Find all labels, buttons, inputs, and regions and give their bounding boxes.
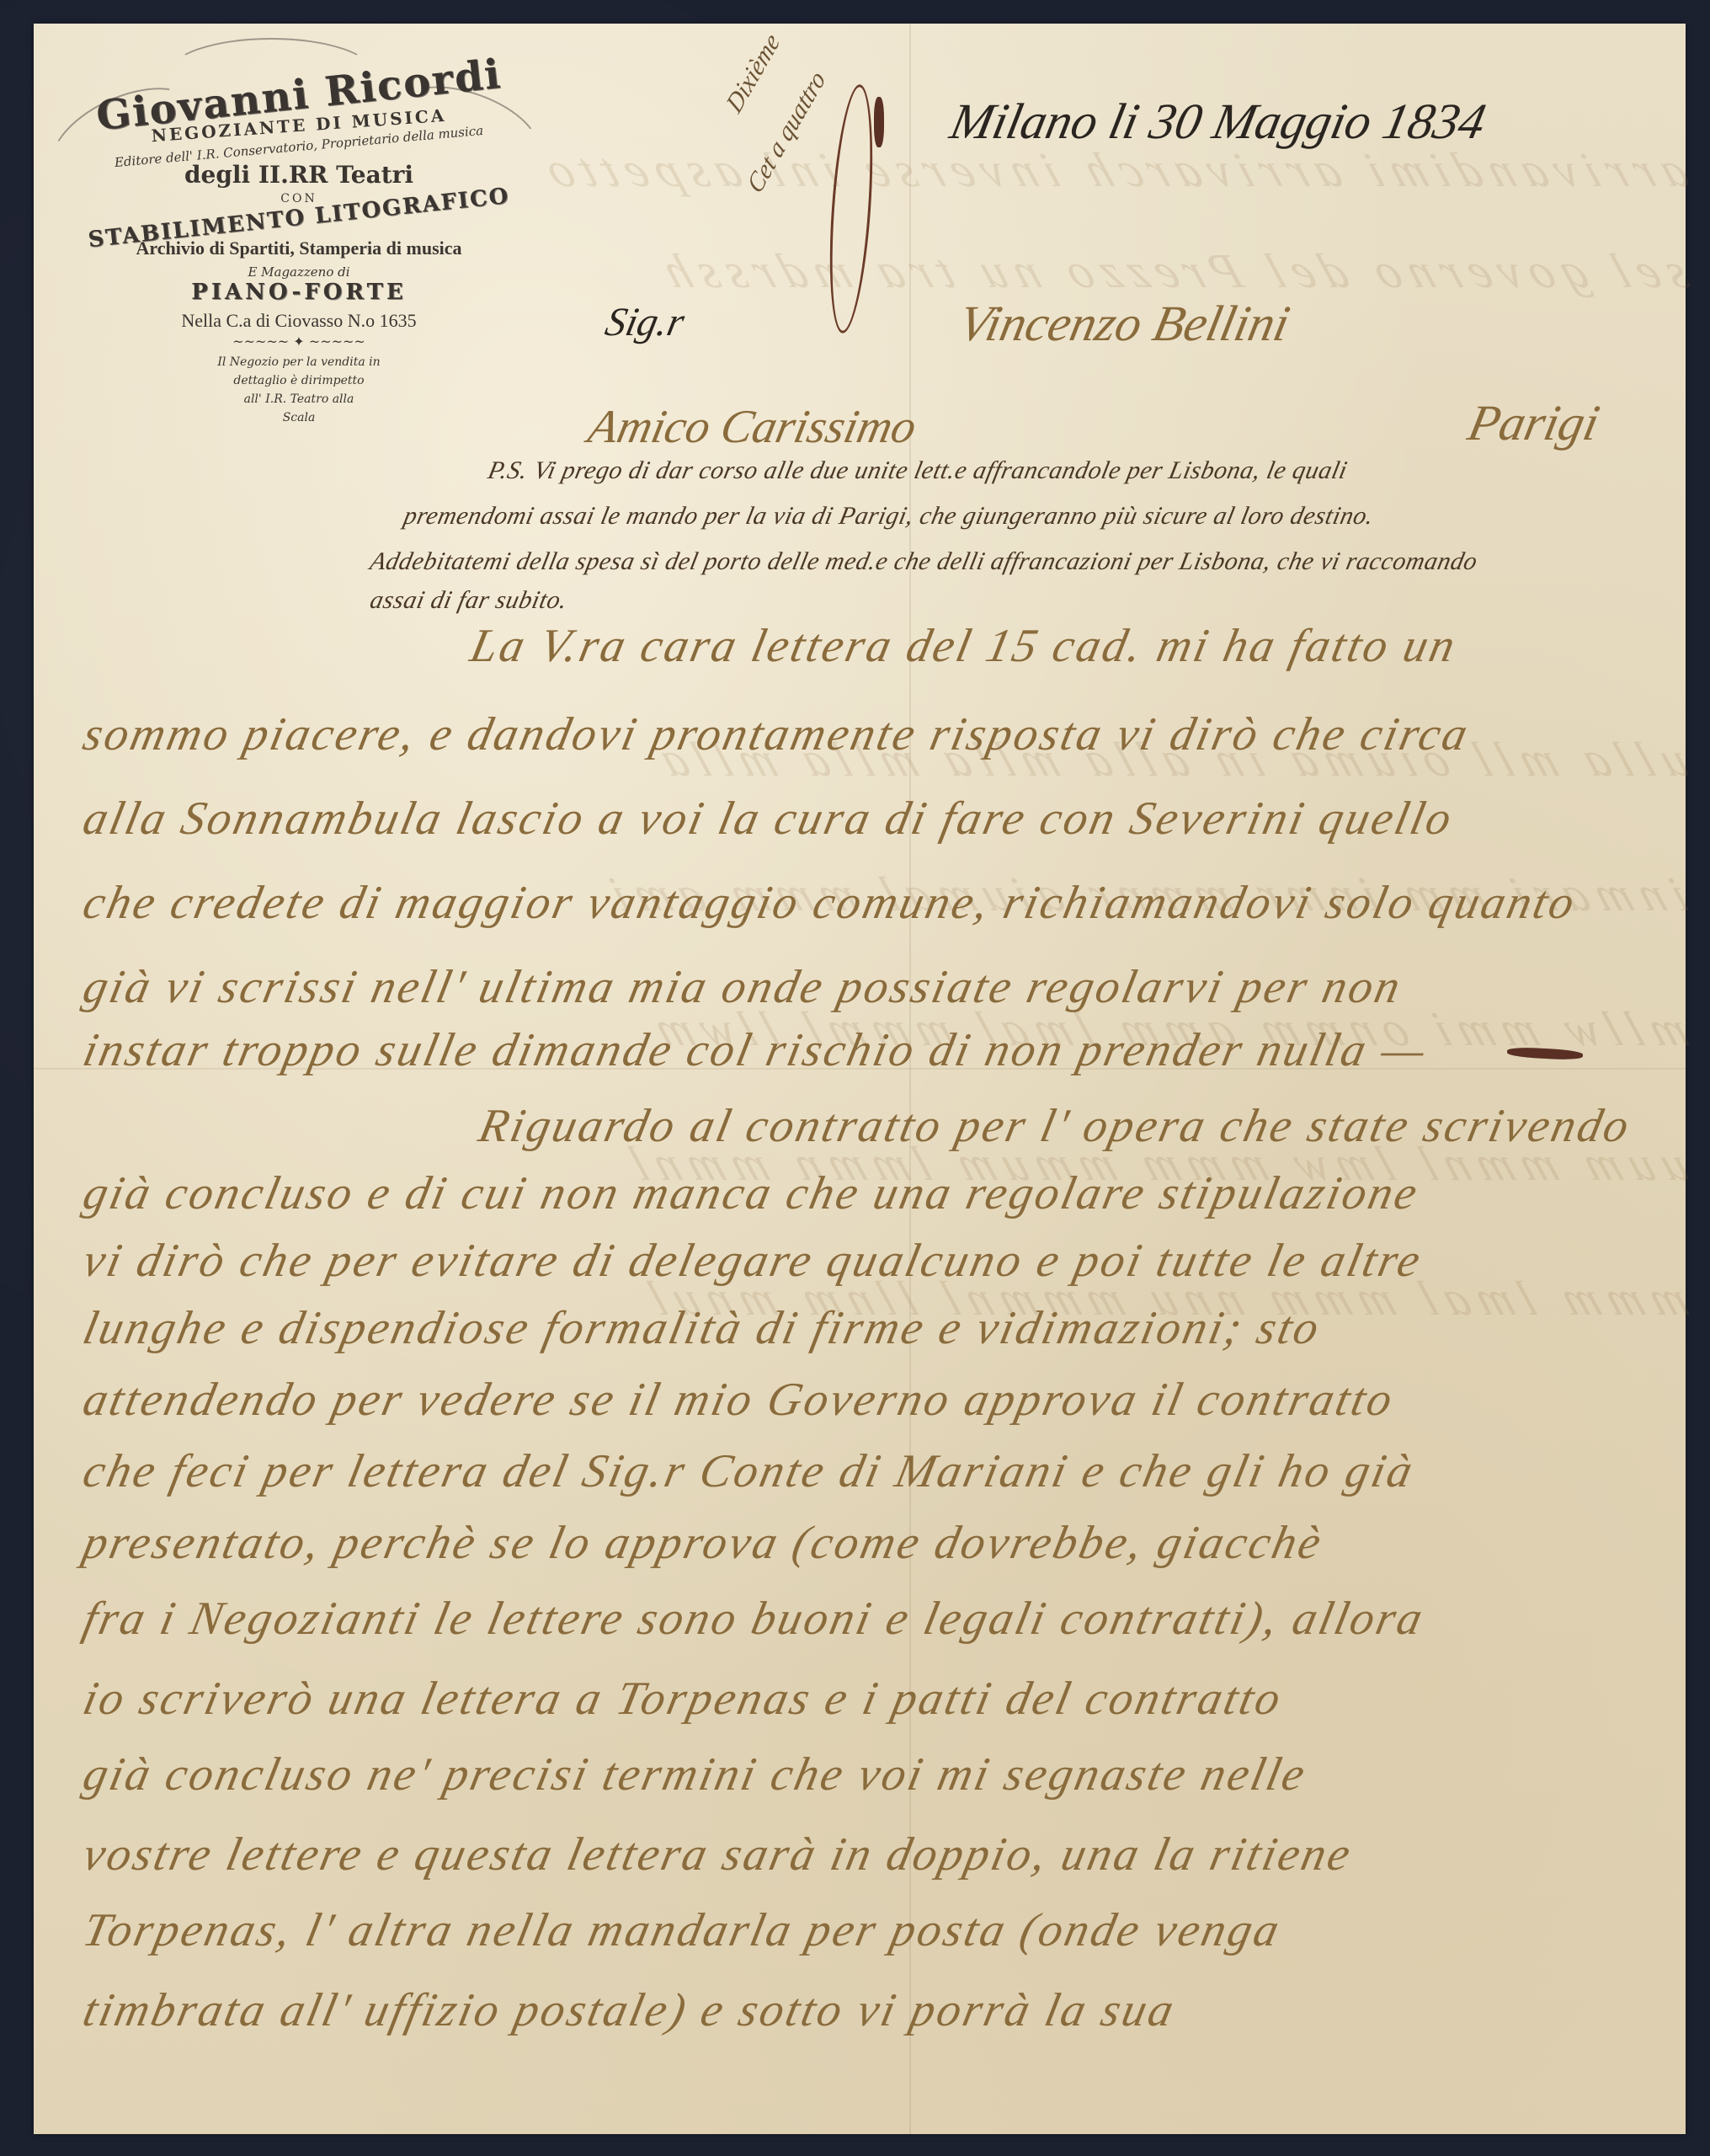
body-line: timbrata all' uffizio postale) e sotto v… [78, 1983, 1180, 2037]
body-line: già vi scrissi nell' ultima mia onde pos… [78, 960, 1407, 1014]
calligraphic-swash-icon [168, 38, 374, 109]
body-line: Riguardo al contratto per l' opera che s… [474, 1099, 1636, 1153]
place-and-date: Milano li 30 Maggio 1834 [946, 93, 1491, 151]
body-line: Torpenas, l' altra nella mandarla per po… [78, 1903, 1286, 1957]
destination-city: Parigi [1463, 394, 1605, 452]
shop-line: Il Negozio per la vendita in [63, 353, 535, 371]
body-line: La V.ra cara lettera del 15 cad. mi ha f… [466, 619, 1462, 673]
postscript-line: premendomi assai le mando per la via di … [401, 502, 1376, 531]
body-line: attendendo per vedere se il mio Governo … [78, 1373, 1399, 1427]
ink-blot [874, 97, 884, 147]
body-line: alla Sonnambula lascio a voi la cura di … [78, 792, 1458, 846]
ornament-star-icon: ~~~~~ ✦ ~~~~~ [63, 334, 535, 350]
shop-line: dettaglio è dirimpetto [63, 371, 535, 390]
recipient-name: Vincenzo Bellini [954, 295, 1295, 353]
body-line: lunghe e dispendiose formalità di firme … [78, 1301, 1326, 1355]
greeting: Amico Carissimo [583, 400, 921, 454]
postscript-line: Addebitatemi della spesa sì del porto de… [367, 547, 1480, 576]
body-line: fra i Negozianti le lettere sono buoni e… [78, 1592, 1430, 1646]
letterhead-shop-notice: Il Negozio per la vendita in dettaglio è… [63, 353, 535, 427]
postscript-line: assai di far subito. [367, 586, 570, 615]
letterhead-address: Nella C.a di Ciovasso N.o 1635 [63, 310, 535, 332]
body-line: che credete di maggior vantaggio comune,… [78, 876, 1581, 930]
body-line: che feci per lettera del Sig.r Conte di … [78, 1444, 1420, 1498]
letterhead-magazzeno: E Magazzeno di [63, 264, 535, 280]
shop-line: Scala [63, 408, 535, 427]
body-line: io scriverò una lettera a Torpenas e i p… [78, 1672, 1287, 1726]
body-line: già concluso e di cui non manca che una … [78, 1166, 1424, 1220]
shop-line: all' I.R. Teatro alla [63, 390, 535, 408]
postscript-line: P.S. Vi prego di dar corso alle due unit… [485, 456, 1350, 485]
body-line: vi dirò che per evitare di delegare qual… [78, 1234, 1427, 1288]
body-line: vostre lettere e questa lettera sarà in … [78, 1828, 1357, 1881]
vertical-fold-line [909, 24, 911, 2134]
letterhead-pianoforte: PIANO-FORTE [63, 280, 535, 305]
salutation-prefix: Sig.r [601, 299, 689, 345]
body-line: già concluso ne' precisi termini che voi… [78, 1748, 1312, 1801]
body-line: sommo piacere, e dandovi prontamente ris… [78, 707, 1474, 761]
body-line: instar troppo sulle dimande col rischio … [78, 1023, 1432, 1077]
body-line: presentato, perchè se lo approva (come d… [78, 1516, 1328, 1570]
